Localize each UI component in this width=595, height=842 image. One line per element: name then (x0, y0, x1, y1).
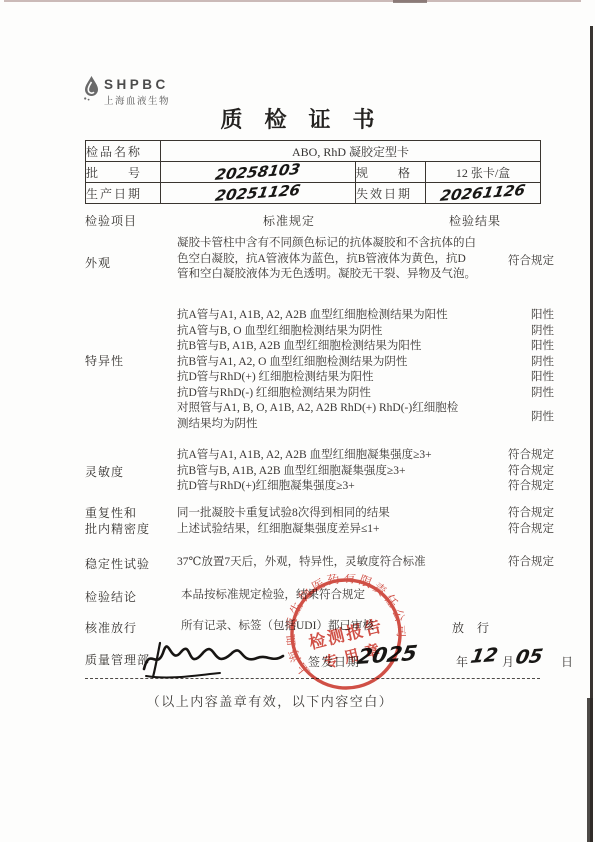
specificity-line: 抗A管与A1, A1B, A2, A2B 血型红细胞检测结果为阳性 (177, 308, 491, 324)
mfg-date-value: 20251126 (161, 183, 356, 204)
info-table: 检品名称 ABO, RhD 凝胶定型卡 批 号 20258103 规 格 12 … (85, 140, 541, 204)
spec-label: 规 格 (356, 162, 426, 183)
stability-result: 符合规定 (502, 555, 554, 571)
scan-edge-top (4, 0, 581, 2)
droplet-logo-icon (82, 75, 101, 101)
issue-year-unit: 年 (456, 653, 468, 670)
mfg-date-label: 生产日期 (86, 183, 161, 204)
issue-month-unit: 月 (502, 653, 514, 670)
specificity-line: 抗D管与RhD(+) 红细胞检测结果为阳性 (177, 370, 491, 386)
appearance-line3: 管和空白凝胶液体为无色透明。凝胶无干裂、异物及气泡。 (177, 267, 491, 283)
appearance-standard: 凝胶卡管柱中含有不同颜色标记的抗体凝胶和不含抗体的白 色空白凝胶，抗A管液体为蓝… (177, 236, 491, 283)
result-value: 阳性 (502, 370, 554, 386)
sensitivity-results: 符合规定 符合规定 符合规定 (502, 448, 554, 495)
specificity-line: 抗B管与A1, A2, O 血型红细胞检测结果为阴性 (177, 355, 491, 371)
release-result: 放行 (452, 619, 502, 636)
exp-date-value: 20261126 (426, 183, 541, 204)
info-row-name: 检品名称 ABO, RhD 凝胶定型卡 (86, 141, 541, 162)
specificity-standard: 抗A管与A1, A1B, A2, A2B 血型红细胞检测结果为阳性 抗A管与B,… (177, 308, 491, 432)
result-value: 符合规定 (502, 506, 554, 522)
issue-day-handwritten: 05 (514, 645, 545, 669)
result-value: 符合规定 (502, 448, 554, 464)
result-value: 阴性 (502, 355, 554, 371)
certificate-title: 质检证书 (0, 103, 595, 134)
column-header-item: 检验项目 (85, 212, 137, 229)
specificity-line: 抗B管与B, A1B, A2B 血型红细胞检测结果为阳性 (177, 339, 491, 355)
appearance-line1: 凝胶卡管柱中含有不同颜色标记的抗体凝胶和不含抗体的白 (177, 236, 491, 252)
conclusion-label: 检验结论 (85, 588, 137, 605)
repeatability-standard: 同一批凝胶卡重复试验8次得到相同的结果 上述试验结果，红细胞凝集强度差异≤1+ (177, 506, 491, 537)
sensitivity-standard: 抗A管与A1, A1B, A2, A2B 血型红细胞凝集强度≥3+ 抗B管与B,… (177, 448, 491, 495)
result-value: 阴性 (502, 324, 554, 340)
spec-value: 12 张卡/盒 (426, 162, 541, 183)
sensitivity-line: 抗B管与B, A1B, A2B 血型红细胞凝集强度≥3+ (177, 464, 491, 480)
appearance-result: 符合规定 (502, 254, 554, 270)
specificity-results: 阳性 阴性 阳性 阴性 阳性 阴性 阴性 (502, 308, 554, 426)
specificity-line: 测结果均为阴性 (177, 417, 491, 433)
sensitivity-line: 抗A管与A1, A1B, A2, A2B 血型红细胞凝集强度≥3+ (177, 448, 491, 464)
column-header-standard: 标准规定 (263, 212, 315, 229)
stability-standard: 37℃放置7天后，外观，特异性，灵敏度符合标准 (177, 555, 491, 571)
repeatability-results: 符合规定 符合规定 (502, 506, 554, 537)
column-header-result: 检验结果 (449, 212, 501, 229)
result-value: 阴性 (502, 386, 554, 402)
repeatability-line: 同一批凝胶卡重复试验8次得到相同的结果 (177, 506, 491, 522)
issue-day-unit: 日 (561, 653, 573, 670)
info-row-dates: 生产日期 20251126 失效日期 20261126 (86, 183, 541, 204)
specificity-line: 抗D管与RhD(-) 红细胞检测结果为阴性 (177, 386, 491, 402)
repeatability-label: 重复性和 批内精密度 (85, 506, 150, 537)
name-label: 检品名称 (86, 141, 161, 162)
scan-edge-right-lower (587, 698, 593, 842)
logo-abbr-text: SHPBC (104, 77, 169, 92)
certificate-page: SHPBC 上海血液生物 质检证书 检品名称 ABO, RhD 凝胶定型卡 批 … (0, 0, 595, 842)
result-value: 符合规定 (502, 479, 554, 495)
info-row-batch-spec: 批 号 20258103 规 格 12 张卡/盒 (86, 162, 541, 183)
sensitivity-line: 抗D管与RhD(+)红细胞凝集强度≥3+ (177, 479, 491, 495)
batch-label: 批 号 (86, 162, 161, 183)
sensitivity-label: 灵敏度 (85, 463, 124, 480)
specificity-line: 抗A管与B, O 血型红细胞检测结果为阴性 (177, 324, 491, 340)
batch-value: 20258103 (161, 162, 356, 183)
repeatability-line: 上述试验结果，红细胞凝集强度差异≤1+ (177, 522, 491, 538)
result-value: 阴性 (502, 410, 554, 426)
result-value: 阳性 (502, 308, 554, 324)
scan-edge-top-dark (393, 0, 427, 3)
exp-date-label: 失效日期 (356, 183, 426, 204)
issue-month-handwritten: 12 (469, 644, 500, 668)
release-label: 核准放行 (85, 619, 137, 636)
appearance-line2: 色空白凝胶，抗A管液体为蓝色，抗B管液体为黄色，抗D (177, 252, 491, 268)
appearance-label: 外观 (85, 254, 111, 271)
report-stamp: 上海血液生物医药有限责任公司 检测报告 专用章 (286, 574, 406, 694)
result-value: 阳性 (502, 339, 554, 355)
specificity-label: 特异性 (85, 352, 124, 369)
result-value: 符合规定 (502, 522, 554, 538)
stability-label: 稳定性试验 (85, 555, 150, 572)
result-value: 符合规定 (502, 464, 554, 480)
specificity-line: 对照管与A1, B, O, A1B, A2, A2B RhD(+) RhD(-)… (177, 401, 491, 417)
name-value: ABO, RhD 凝胶定型卡 (161, 141, 541, 162)
